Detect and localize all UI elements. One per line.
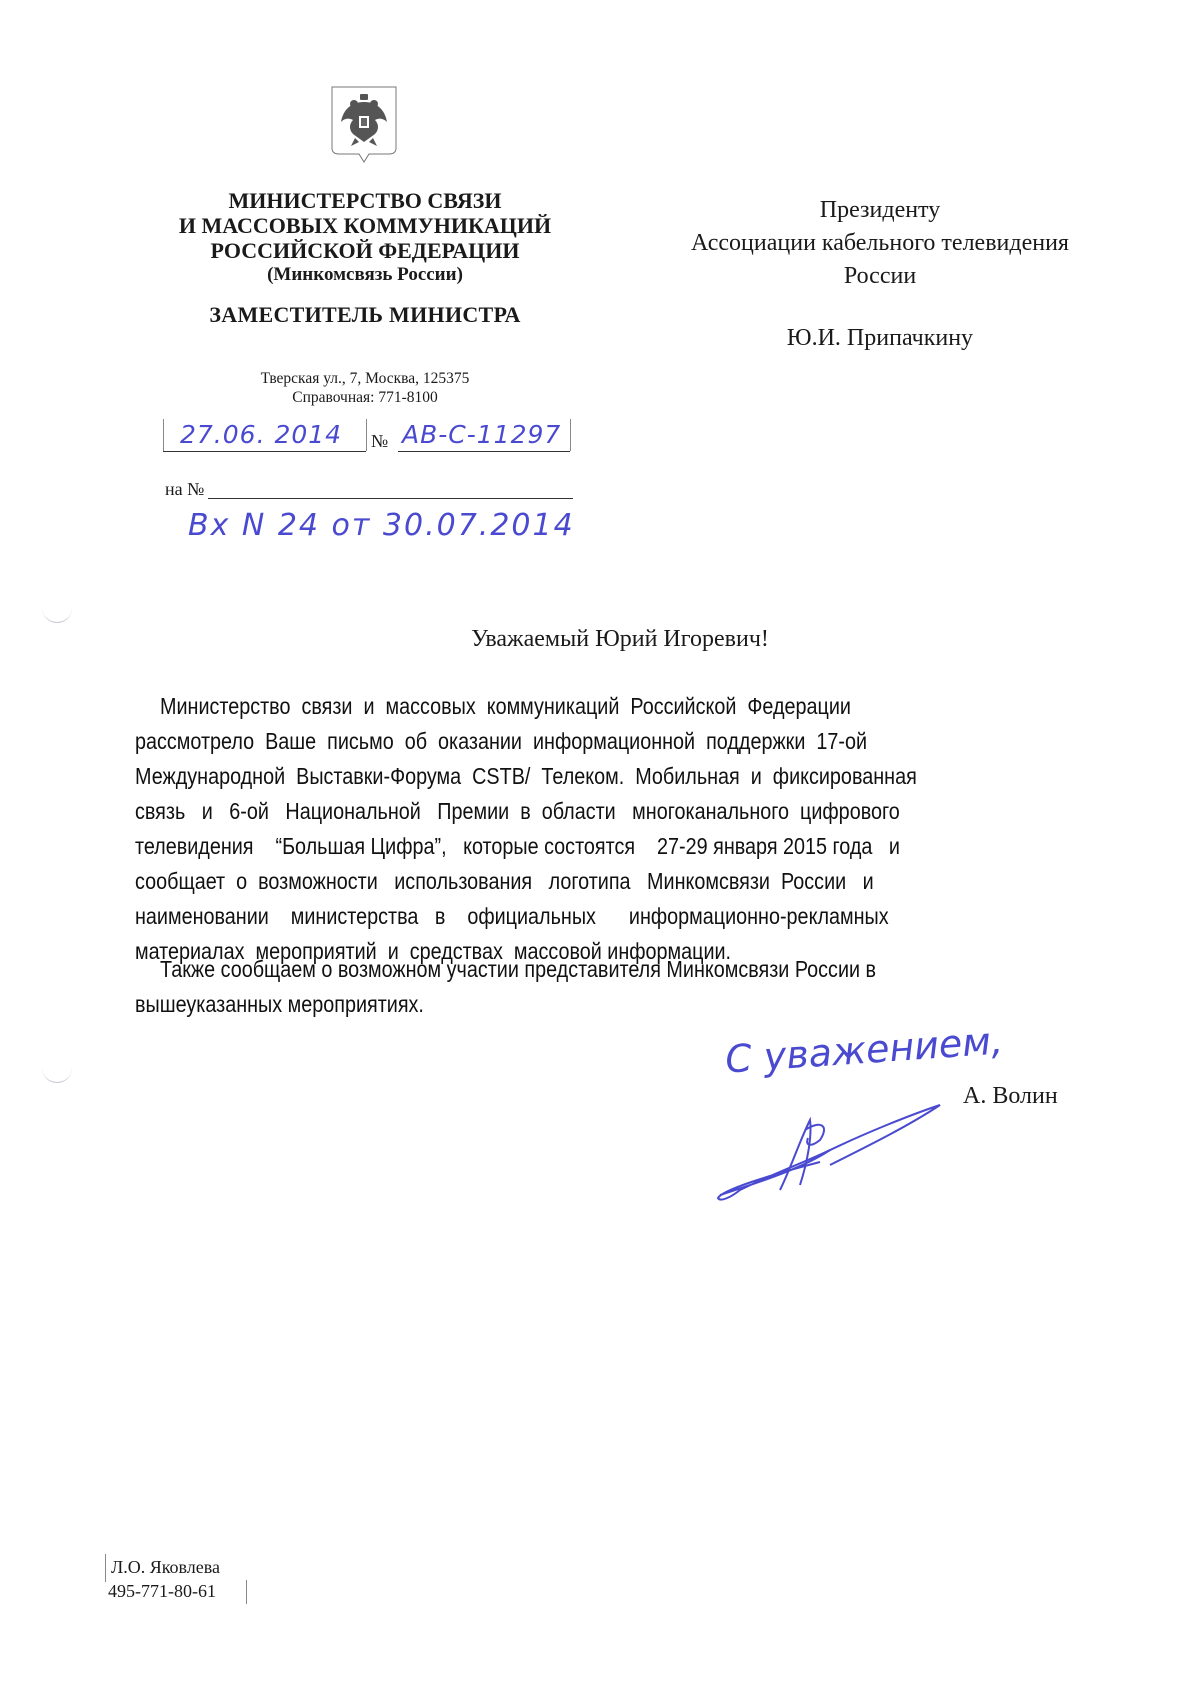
registration-number: АВ-С-11297 [402, 420, 561, 449]
handwritten-closing: С уважением, [724, 1018, 1004, 1081]
body-line: наименовании министерства в официальных … [135, 899, 889, 934]
ministry-name-line-3: РОССИЙСКОЙ ФЕДЕРАЦИИ [150, 238, 580, 263]
body-line: сообщает о возможности использования лог… [135, 864, 874, 899]
executor-bracket-right [246, 1580, 247, 1604]
punch-hole-mark [42, 1068, 72, 1083]
reference-number-field [208, 498, 573, 499]
sender-position: ЗАМЕСТИТЕЛЬ МИНИСТРА [150, 302, 580, 328]
registration-number-label: № [371, 431, 388, 452]
body-line: телевидения “Большая Цифра”, которые сос… [135, 829, 900, 864]
registration-date: 27.06. 2014 [180, 420, 342, 449]
body-line: Международной Выставки-Форума CSTB/ Теле… [135, 759, 917, 794]
executor-phone: 495-771-80-61 [108, 1580, 216, 1602]
signer-name: А. Волин [963, 1083, 1058, 1110]
executor-name: Л.О. Яковлева [111, 1556, 220, 1578]
executor-bracket-left [105, 1554, 106, 1582]
incoming-registration-note: Вх N 24 от 30.07.2014 [188, 508, 575, 543]
body-line: вышеуказанных мероприятиях. [135, 987, 424, 1022]
salutation: Уважаемый Юрий Игоревич! [400, 624, 840, 654]
body-line: рассмотрело Ваше письмо об оказании инфо… [135, 724, 867, 759]
russian-coat-of-arms-icon [329, 84, 399, 168]
addressee-title: Президенту [640, 194, 1120, 227]
registration-date-underline [163, 451, 366, 452]
signature-icon [710, 1090, 950, 1210]
body-line: связь и 6-ой Национальной Премии в облас… [135, 794, 900, 829]
punch-hole-mark [42, 608, 72, 623]
addressee-country: России [640, 260, 1120, 293]
ministry-phone: Справочная: 771-8100 [150, 388, 580, 407]
addressee-organization: Ассоциации кабельного телевидения [640, 227, 1120, 260]
addressee-name: Ю.И. Припачкину [640, 322, 1120, 355]
ministry-address: Тверская ул., 7, Москва, 125375 [150, 369, 580, 388]
registration-number-underline [398, 451, 570, 452]
reference-number-label: на № [165, 479, 204, 500]
ministry-short-name: (Минкомсвязь России) [150, 264, 580, 286]
ministry-name-line-2: И МАССОВЫХ КОММУНИКАЦИЙ [150, 213, 580, 238]
body-line: Также сообщаем о возможном участии предс… [160, 952, 876, 987]
body-line: Министерство связи и массовых коммуникац… [160, 689, 851, 724]
ministry-name-line-1: МИНИСТЕРСТВО СВЯЗИ [150, 188, 580, 213]
